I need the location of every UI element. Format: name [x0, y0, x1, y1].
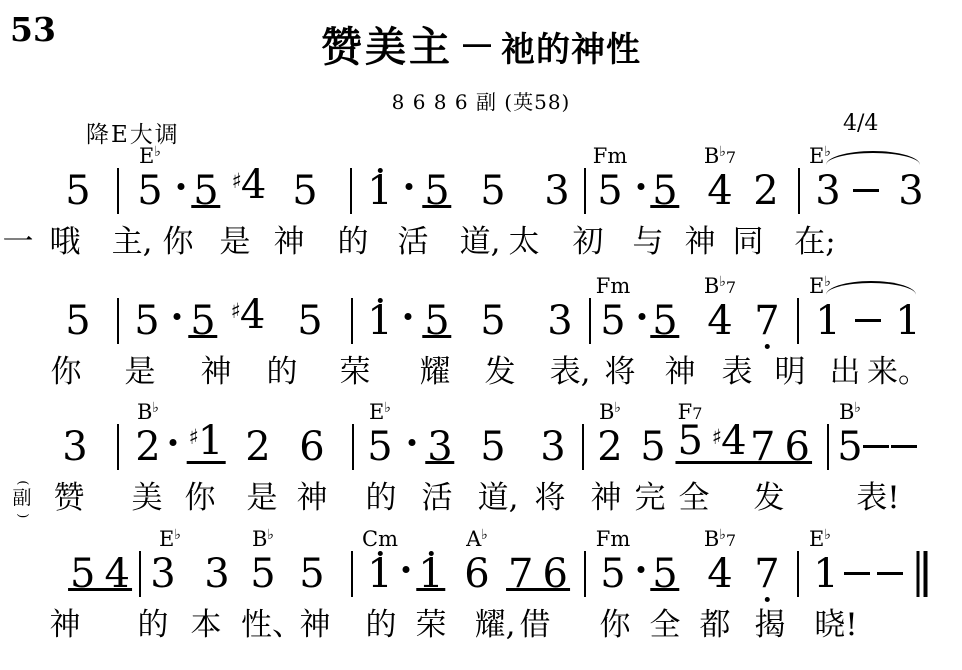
lyric-syllable: 哦 — [50, 227, 81, 258]
note: 1E♭ — [813, 554, 838, 594]
note: 1 — [418, 554, 443, 594]
note-row: 555♯4515535Fm54B♭771E♭1 — [0, 293, 962, 341]
chord-label: Fm — [596, 529, 630, 550]
note: 2 — [753, 171, 778, 211]
note-digit: 2 — [135, 427, 160, 467]
vertical-paren-open: ( — [16, 480, 28, 485]
eighth-beam-underline — [416, 588, 445, 591]
tie-arc — [826, 281, 916, 295]
eighth-beam-underline — [68, 588, 132, 591]
note: 3 — [204, 554, 229, 594]
barline — [351, 551, 353, 597]
eighth-beam-underline — [748, 461, 812, 464]
dotted-rhythm-dot — [178, 183, 185, 190]
sharp-accidental: ♯ — [232, 169, 242, 193]
note-digit: 3 — [815, 171, 840, 211]
lyric-syllable: 是 — [125, 357, 156, 388]
note: 5 — [65, 171, 90, 211]
eighth-beam-underline — [650, 335, 679, 338]
note: 1 — [367, 171, 392, 211]
lyric-syllable: 与 — [633, 227, 664, 258]
note-digit: 5 — [65, 301, 90, 341]
eighth-beam-underline — [188, 335, 217, 338]
note-digit: 5 — [837, 427, 862, 467]
chord-label: B♭7 — [704, 146, 736, 167]
note: ♯1 — [189, 421, 224, 467]
time-signature: 4/4 — [843, 111, 878, 136]
eighth-beam-underline — [422, 205, 451, 208]
note: 1E♭ — [815, 301, 840, 341]
score-system: 55E♭5♯4515535Fm54B♭723E♭3一哦主,你是神的活道,太初与神… — [0, 163, 962, 260]
lyric-syllable: 揭 — [755, 610, 786, 641]
note-digit: 2 — [597, 427, 622, 467]
barline — [117, 168, 119, 214]
flat-sign: ♭ — [154, 144, 161, 160]
lyric-syllable: 初 — [573, 227, 604, 258]
lyric-syllable: 神 — [300, 610, 331, 641]
note: 3 — [898, 171, 923, 211]
note-digit: 1 — [198, 421, 223, 461]
note-digit: 5 — [299, 554, 324, 594]
note: 5 — [640, 427, 665, 467]
note: 6A♭ — [464, 554, 489, 594]
note-row: 543E♭35B♭51Cm16A♭765Fm54B♭771E♭ — [0, 546, 962, 594]
dotted-rhythm-dot — [638, 183, 645, 190]
lyric-syllable: 活 — [398, 227, 429, 258]
eighth-beam-underline — [191, 205, 220, 208]
refrain-marker: (副) — [12, 477, 31, 522]
note-digit: 5 — [134, 301, 159, 341]
lyric-syllable: 出 — [830, 357, 861, 388]
octave-dot-below — [764, 597, 769, 602]
note: 2B♭ — [597, 427, 622, 467]
note: 5 — [424, 171, 449, 211]
hymn-title: 赞美主—祂的神性 — [0, 14, 962, 73]
barline — [827, 424, 829, 470]
note: 5 — [299, 554, 324, 594]
lyric-syllable: 将 — [535, 483, 566, 514]
lyric-syllable: 全 — [650, 610, 681, 641]
note: 4B♭7 — [707, 301, 732, 341]
verse-number: 一 — [3, 227, 34, 258]
chord-label: E♭ — [369, 402, 391, 423]
lyric-syllable: 神 — [50, 610, 81, 641]
flat-sign: ♭ — [152, 400, 159, 416]
barline — [797, 551, 799, 597]
chord-label: B♭7 — [704, 276, 736, 297]
flat-sign: ♭ — [854, 400, 861, 416]
note: 5 — [65, 301, 90, 341]
held-note-dash — [877, 572, 903, 575]
held-note-dash — [855, 319, 881, 322]
note-digit: 5 — [292, 171, 317, 211]
note: 5B♭ — [250, 554, 275, 594]
note: 6 — [299, 427, 324, 467]
note-digit: 5 — [297, 301, 322, 341]
octave-dot-below — [764, 344, 769, 349]
note: 3E♭ — [150, 554, 175, 594]
lyric-syllable: 是 — [247, 483, 278, 514]
final-double-barline — [917, 551, 928, 597]
key-signature: 降E大调 — [86, 116, 180, 149]
sharp-accidental: ♯ — [231, 299, 241, 323]
sharp-accidental: ♯ — [712, 425, 722, 449]
lyric-syllable: 是 — [220, 227, 251, 258]
note-digit: 5 — [600, 554, 625, 594]
note-digit: 3 — [544, 171, 569, 211]
chord-label: E♭ — [159, 529, 181, 550]
score-system: 32B♭♯1265E♭3532B♭55♯4F7765B♭(副)赞美你是神的活道,… — [0, 419, 962, 516]
meter-and-index-note: 8 6 8 6 副 (英58) — [0, 86, 962, 115]
note-digit: 5 — [367, 427, 392, 467]
lyric-syllable: 神 — [665, 357, 696, 388]
lyric-syllable: 发 — [485, 357, 516, 388]
note: 3 — [427, 427, 452, 467]
note-digit: 6 — [464, 554, 489, 594]
note: 1 — [895, 301, 920, 341]
note-digit: 4 — [241, 165, 266, 205]
refrain-char: 副 — [12, 488, 31, 510]
note: 3 — [547, 301, 572, 341]
note: 4B♭7 — [707, 171, 732, 211]
note: 7 — [754, 554, 779, 594]
lyric-syllable: 太 — [509, 227, 540, 258]
note: 4B♭7 — [707, 554, 732, 594]
note-digit: 6 — [299, 427, 324, 467]
note-digit: 7 — [754, 554, 779, 594]
note-digit: 3 — [898, 171, 923, 211]
note: 5 — [297, 301, 322, 341]
lyric-syllable: 你 — [51, 357, 82, 388]
note-digit: 2 — [245, 427, 270, 467]
flat-sign: ♭ — [824, 144, 831, 160]
note: 76 — [508, 554, 568, 594]
note-digit: 5 — [65, 171, 90, 211]
note: 3 — [544, 171, 569, 211]
note: 5E♭ — [137, 171, 162, 211]
note: 2 — [245, 427, 270, 467]
note-digit: 1 — [367, 301, 392, 341]
held-note-dash — [863, 445, 889, 448]
octave-dot-above — [428, 551, 433, 556]
note-digit: 1 — [895, 301, 920, 341]
lyric-syllable: 你 — [600, 610, 631, 641]
note-digit: 7 — [754, 301, 779, 341]
lyric-syllable: 借 — [520, 610, 551, 641]
held-note-dash — [844, 572, 870, 575]
flat-sign: ♭ — [824, 527, 831, 543]
note-digit: 4 — [707, 301, 732, 341]
dotted-rhythm-dot — [638, 566, 645, 573]
lyric-syllable: 道, — [478, 483, 519, 514]
barline — [589, 298, 591, 344]
note-digit: 3 — [150, 554, 175, 594]
lyric-syllable: 表! — [856, 483, 899, 514]
lyric-syllable: 的 — [366, 610, 397, 641]
barline — [584, 551, 586, 597]
note-digit: 3 — [547, 301, 572, 341]
flat-sign: ♭ — [267, 527, 274, 543]
note: 5 — [652, 171, 677, 211]
note-digit: 5 — [677, 421, 702, 461]
note-digit: 5 — [137, 171, 162, 211]
barline — [582, 424, 584, 470]
dotted-rhythm-dot — [639, 313, 646, 320]
flat-sign: ♭ — [614, 400, 621, 416]
note: 5B♭ — [837, 427, 862, 467]
dotted-rhythm-dot — [406, 183, 413, 190]
note-digit: 5 — [480, 427, 505, 467]
chord-label: E♭ — [809, 529, 831, 550]
held-note-dash — [891, 445, 917, 448]
note-digit: 4 — [707, 554, 732, 594]
note: 5 — [480, 171, 505, 211]
barline — [350, 168, 352, 214]
note: 5 — [652, 554, 677, 594]
dotted-rhythm-dot — [403, 566, 410, 573]
dotted-rhythm-dot — [405, 313, 412, 320]
flat-sign: ♭ — [174, 527, 181, 543]
lyric-syllable: 来。 — [867, 357, 929, 388]
chord-label: E♭ — [139, 146, 161, 167]
lyric-syllable: 荣 — [340, 357, 371, 388]
flat-sign: ♭ — [384, 400, 391, 416]
note-row: 32B♭♯1265E♭3532B♭55♯4F7765B♭ — [0, 419, 962, 467]
note: 5 — [190, 301, 215, 341]
chord-label: B♭ — [137, 402, 159, 423]
lyric-syllable: 明 — [775, 357, 806, 388]
eighth-beam-underline — [422, 335, 451, 338]
note-digit: 5 — [480, 301, 505, 341]
note-digit: 5 — [600, 301, 625, 341]
note: 5Fm — [597, 171, 622, 211]
chord-label: B♭ — [839, 402, 861, 423]
note: 3E♭ — [815, 171, 840, 211]
dotted-rhythm-dot — [170, 439, 177, 446]
lyric-syllable: 都 — [700, 610, 731, 641]
barline — [351, 298, 353, 344]
barline — [584, 168, 586, 214]
note: ♯4 — [231, 295, 266, 341]
note: 5♯4F7 — [677, 421, 746, 467]
lyric-row: 你是神的荣耀发表,将神表明出来。 — [0, 350, 962, 390]
note: 5Fm — [600, 301, 625, 341]
lyric-syllable: 的 — [366, 483, 397, 514]
chord-label: A♭ — [466, 529, 488, 550]
lyric-syllable: 荣 — [416, 610, 447, 641]
note: 5 — [134, 301, 159, 341]
sharp-accidental: ♯ — [189, 425, 199, 449]
note: 76 — [750, 427, 810, 467]
barline — [352, 424, 354, 470]
eighth-beam-underline — [650, 205, 679, 208]
note-digit: 1 — [815, 301, 840, 341]
chord-label: Cm — [362, 529, 398, 550]
lyric-syllable: 神 — [201, 357, 232, 388]
chord-label: E♭ — [809, 146, 831, 167]
lyric-syllable: 神 — [591, 483, 622, 514]
note: 3 — [62, 427, 87, 467]
lyric-syllable: 将 — [605, 357, 636, 388]
lyric-syllable: 耀, — [475, 610, 516, 641]
barline — [139, 551, 141, 597]
note: 1 — [367, 301, 392, 341]
lyric-syllable: 的 — [138, 610, 169, 641]
barline — [797, 298, 799, 344]
dotted-rhythm-dot — [409, 439, 416, 446]
note-digit: 5 — [597, 171, 622, 211]
lyric-row: 一哦主,你是神的活道,太初与神同在; — [0, 220, 962, 260]
octave-dot-above — [377, 298, 382, 303]
lyric-syllable: 主, — [112, 227, 153, 258]
barline — [117, 424, 119, 470]
title-dash: — — [463, 28, 491, 59]
octave-dot-above — [377, 551, 382, 556]
note-digit: 1 — [367, 554, 392, 594]
lyric-syllable: 晓! — [814, 610, 857, 641]
lyric-syllable: 的 — [338, 227, 369, 258]
octave-dot-above — [377, 168, 382, 173]
eighth-beam-underline — [650, 588, 679, 591]
note-digit: 4 — [721, 421, 746, 461]
score-system: 555♯4515535Fm54B♭771E♭1你是神的荣耀发表,将神表明出来。 — [0, 293, 962, 390]
note: 54 — [70, 554, 130, 594]
note: 2B♭ — [135, 427, 160, 467]
chord-label: Fm — [596, 276, 630, 297]
note: 5 — [193, 171, 218, 211]
note-digit: 5 — [480, 171, 505, 211]
lyric-syllable: 全 — [679, 483, 710, 514]
chord-extension: 7 — [692, 404, 702, 423]
note: 5 — [480, 301, 505, 341]
flat-sign: ♭ — [481, 527, 488, 543]
chord-label: B♭ — [252, 529, 274, 550]
note: 1Cm — [367, 554, 392, 594]
eighth-beam-underline — [425, 461, 454, 464]
note: ♯4 — [232, 165, 267, 211]
lyric-syllable: 表 — [722, 357, 753, 388]
note: 5 — [292, 171, 317, 211]
chord-label: F7 — [678, 402, 703, 423]
note: 5 — [480, 427, 505, 467]
lyric-syllable: 完 — [635, 483, 666, 514]
chord-label: Fm — [593, 146, 627, 167]
note-digit: 2 — [753, 171, 778, 211]
lyric-syllable: 表, — [550, 357, 591, 388]
note-digit: 3 — [62, 427, 87, 467]
lyric-syllable: 美 — [132, 483, 163, 514]
note: 5 — [652, 301, 677, 341]
lyric-syllable: 活 — [422, 483, 453, 514]
lyric-syllable: 在; — [794, 227, 835, 258]
note-digit: 3 — [204, 554, 229, 594]
barline — [798, 168, 800, 214]
eighth-beam-underline — [506, 588, 570, 591]
lyric-syllable: 耀 — [420, 357, 451, 388]
lyric-syllable: 性、 — [241, 610, 303, 641]
lyric-syllable: 神 — [685, 227, 716, 258]
chord-label: B♭7 — [704, 529, 736, 550]
chord-extension: 7 — [726, 278, 736, 297]
note: 5E♭ — [367, 427, 392, 467]
chord-label: B♭ — [599, 402, 621, 423]
dotted-rhythm-dot — [174, 313, 181, 320]
lyric-syllable: 道, — [460, 227, 501, 258]
chord-extension: 7 — [726, 148, 736, 167]
note-digit: 3 — [540, 427, 565, 467]
lyric-row: 神的本性、神的荣耀,借你全都揭晓! — [0, 603, 962, 643]
lyric-syllable: 赞 — [54, 483, 85, 514]
flat-sign: ♭ — [824, 274, 831, 290]
held-note-dash — [853, 189, 879, 192]
lyric-syllable: 同 — [733, 227, 764, 258]
eighth-beam-underline — [675, 461, 748, 464]
vertical-paren-close: ) — [16, 514, 28, 519]
note-digit: 5 — [250, 554, 275, 594]
note-digit: 1 — [367, 171, 392, 211]
note-digit: 4 — [240, 295, 265, 335]
lyric-syllable: 神 — [297, 483, 328, 514]
chord-label: E♭ — [809, 276, 831, 297]
note: 3 — [540, 427, 565, 467]
hymn-sheet-page: 53 赞美主—祂的神性 8 6 8 6 副 (英58) 降E大调 4/4 55E… — [0, 0, 962, 670]
lyric-syllable: 本 — [191, 610, 222, 641]
lyric-syllable: 的 — [267, 357, 298, 388]
note: 5 — [424, 301, 449, 341]
note: 5Fm — [600, 554, 625, 594]
note-digit: 1 — [813, 554, 838, 594]
chord-extension: 7 — [726, 531, 736, 550]
note-digit: 5 — [640, 427, 665, 467]
hymn-title-main: 赞美主 — [321, 24, 453, 70]
lyric-syllable: 你 — [185, 483, 216, 514]
eighth-beam-underline — [187, 461, 226, 464]
note-digit: 4 — [707, 171, 732, 211]
lyric-syllable: 神 — [274, 227, 305, 258]
tie-arc — [826, 151, 920, 165]
note-row: 55E♭5♯4515535Fm54B♭723E♭3 — [0, 163, 962, 211]
note: 7 — [754, 301, 779, 341]
score-system: 543E♭35B♭51Cm16A♭765Fm54B♭771E♭神的本性、神的荣耀… — [0, 546, 962, 643]
lyric-row: (副)赞美你是神的活道,将神完全发表! — [0, 476, 962, 516]
barline — [117, 298, 119, 344]
lyric-syllable: 你 — [163, 227, 194, 258]
hymn-title-subject: 祂的神性 — [501, 31, 641, 69]
lyric-syllable: 发 — [754, 483, 785, 514]
